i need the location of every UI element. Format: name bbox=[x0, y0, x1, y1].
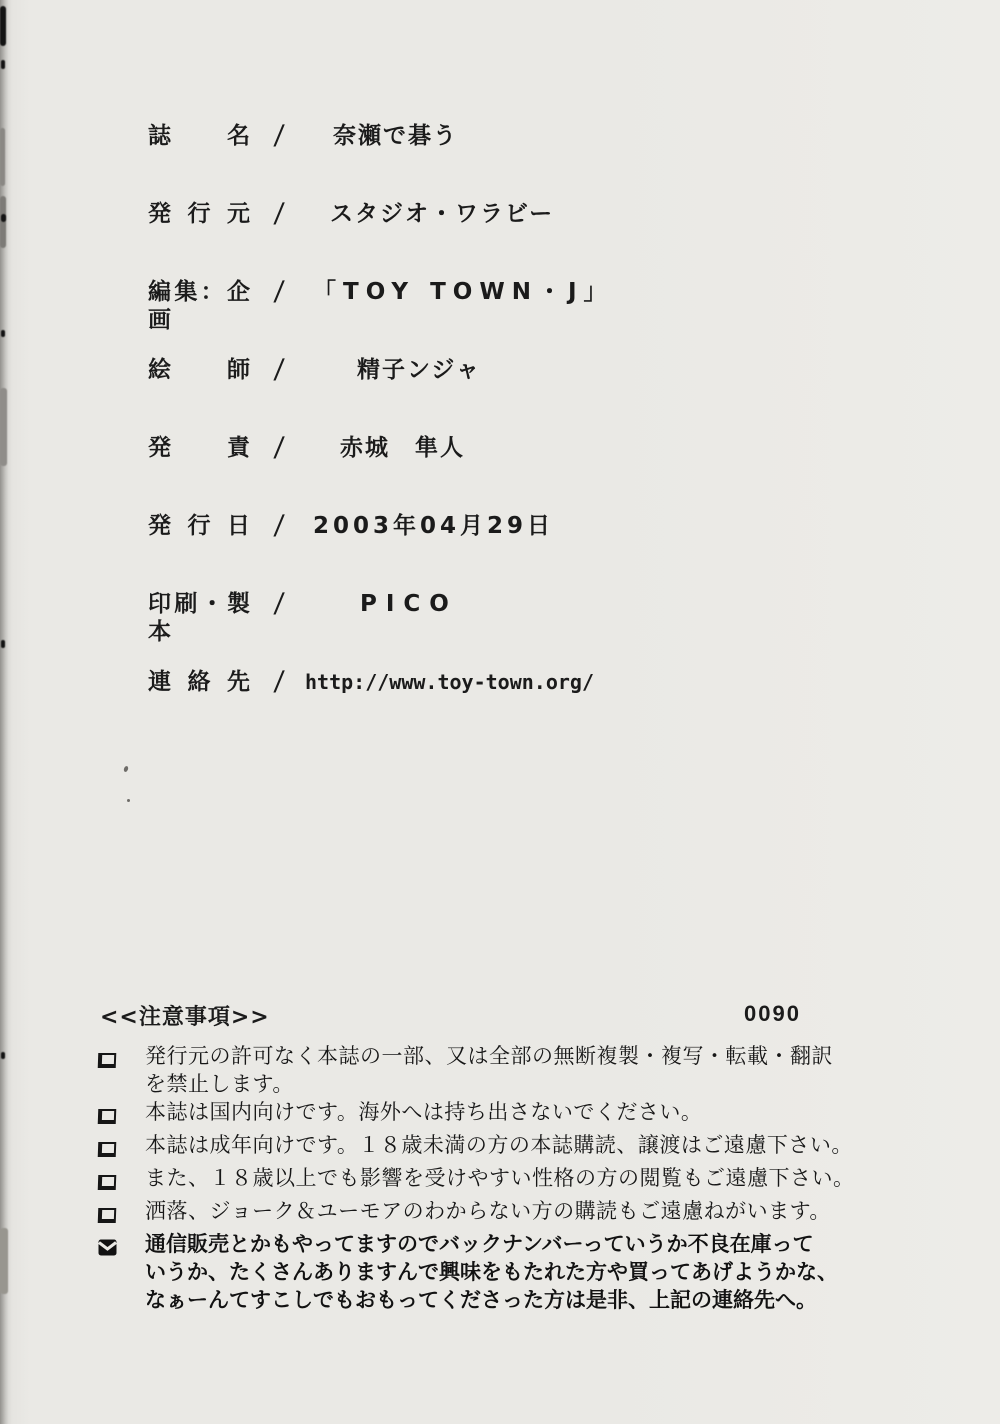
responsible-person: 赤城 隼人 bbox=[340, 434, 465, 462]
contact-url: http://www.toy-town.org/ bbox=[305, 668, 594, 696]
notice-text: 本誌は成年向けです。１８歳未満の方の本誌購読、譲渡はご遠慮下さい。 bbox=[145, 1131, 853, 1159]
slash-separator: / bbox=[265, 512, 294, 540]
checkbox-icon bbox=[98, 1175, 117, 1190]
notice-list: 発行元の許可なく本誌の一部、又は全部の無断複製・複写・転載・翻訳 を禁止します。… bbox=[98, 1042, 898, 1314]
scan-blob bbox=[1, 214, 6, 222]
checkbox-icon bbox=[98, 1053, 117, 1068]
credit-row-publisher: 発行元 / スタジオ・ワラビー bbox=[148, 200, 614, 228]
solid-cube-icon bbox=[98, 1235, 117, 1263]
credit-label: 発責 bbox=[148, 434, 250, 462]
scan-blob bbox=[0, 1228, 8, 1294]
credit-row-title: 誌名 / 奈瀬で碁う bbox=[148, 122, 614, 150]
credit-row-artist: 絵師 / 精子ンジャ bbox=[148, 356, 614, 384]
slash-separator: / bbox=[265, 278, 294, 306]
credit-label: 誌名 bbox=[148, 122, 250, 150]
checkbox-icon bbox=[98, 1208, 117, 1223]
credit-row-contact: 連絡先 / http://www.toy-town.org/ bbox=[148, 668, 614, 696]
notice-text: 通信販売とかもやってますのでバックナンバーっていうか不良在庫って いうか、たくさ… bbox=[145, 1230, 838, 1314]
notice-item: また、１８歳以上でも影響を受けやすい性格の方の閲覧もご遠慮下さい。 bbox=[98, 1164, 898, 1197]
credit-label: 連絡先 bbox=[148, 668, 250, 696]
publisher-name: スタジオ・ワラビー bbox=[330, 200, 554, 228]
notice-text: 本誌は国内向けです。海外へは持ち出さないでください。 bbox=[145, 1098, 702, 1126]
slash-separator: / bbox=[265, 590, 294, 618]
credit-row-editing: 編集：企画 / 「TOY TOWN・J」 bbox=[148, 278, 614, 306]
credit-label: 印刷・製本 bbox=[148, 590, 250, 646]
scanned-colophon-page: { "page": { "paper_color": "#eae9e5", "i… bbox=[0, 0, 1000, 1424]
credit-label: 発行元 bbox=[148, 200, 250, 228]
notices-heading: <<注意事項>> bbox=[100, 1000, 270, 1031]
credit-label: 絵師 bbox=[148, 356, 250, 384]
notice-text: また、１８歳以上でも影響を受けやすい性格の方の閲覧もご遠慮下さい。 bbox=[145, 1164, 855, 1192]
scan-blob bbox=[1, 640, 5, 648]
scan-blob bbox=[0, 388, 7, 466]
slash-separator: / bbox=[265, 434, 294, 462]
notice-text: 洒落、ジョーク＆ユーモアのわからない方の購読もご遠慮ねがいます。 bbox=[145, 1197, 831, 1225]
book-title: 奈瀬で碁う bbox=[333, 122, 458, 150]
credit-row-printing: 印刷・製本 / PICO bbox=[148, 590, 614, 618]
scan-speck bbox=[123, 765, 129, 772]
checkbox-icon bbox=[98, 1109, 117, 1124]
scan-blob bbox=[0, 6, 6, 46]
slash-separator: / bbox=[265, 356, 294, 384]
notice-item: 本誌は成年向けです。１８歳未満の方の本誌購読、譲渡はご遠慮下さい。 bbox=[98, 1131, 898, 1164]
slash-separator: / bbox=[265, 200, 294, 228]
notice-item: 洒落、ジョーク＆ユーモアのわからない方の購読もご遠慮ねがいます。 bbox=[98, 1197, 898, 1230]
slash-separator: / bbox=[265, 668, 294, 696]
colophon-credits: 誌名 / 奈瀬で碁う 発行元 / スタジオ・ワラビー 編集：企画 / 「TOY … bbox=[148, 122, 614, 696]
scan-blob bbox=[0, 128, 5, 186]
scan-blob bbox=[1, 330, 5, 337]
scan-blob bbox=[0, 196, 6, 248]
issue-date: 2003年04月29日 bbox=[313, 512, 554, 540]
page-number: 0090 bbox=[744, 1001, 801, 1027]
credit-label: 編集：企画 bbox=[148, 278, 250, 334]
checkbox-icon bbox=[98, 1142, 117, 1157]
credit-row-responsible: 発責 / 赤城 隼人 bbox=[148, 434, 614, 462]
scan-speck bbox=[127, 799, 130, 802]
scan-blob bbox=[1, 60, 5, 69]
notice-item: 発行元の許可なく本誌の一部、又は全部の無断複製・複写・転載・翻訳 を禁止します。 bbox=[98, 1042, 898, 1098]
notice-text: 発行元の許可なく本誌の一部、又は全部の無断複製・複写・転載・翻訳 を禁止します。 bbox=[145, 1042, 833, 1098]
notice-item-mail-order: 通信販売とかもやってますのでバックナンバーっていうか不良在庫って いうか、たくさ… bbox=[98, 1230, 898, 1314]
credit-row-issue-date: 発行日 / 2003年04月29日 bbox=[148, 512, 614, 540]
credit-label: 発行日 bbox=[148, 512, 250, 540]
slash-separator: / bbox=[265, 122, 294, 150]
printer-name: PICO bbox=[360, 590, 458, 618]
notice-item: 本誌は国内向けです。海外へは持ち出さないでください。 bbox=[98, 1098, 898, 1131]
editing-group: 「TOY TOWN・J」 bbox=[313, 278, 614, 306]
scan-blob bbox=[1, 1052, 5, 1059]
artist-name: 精子ンジャ bbox=[357, 356, 481, 384]
